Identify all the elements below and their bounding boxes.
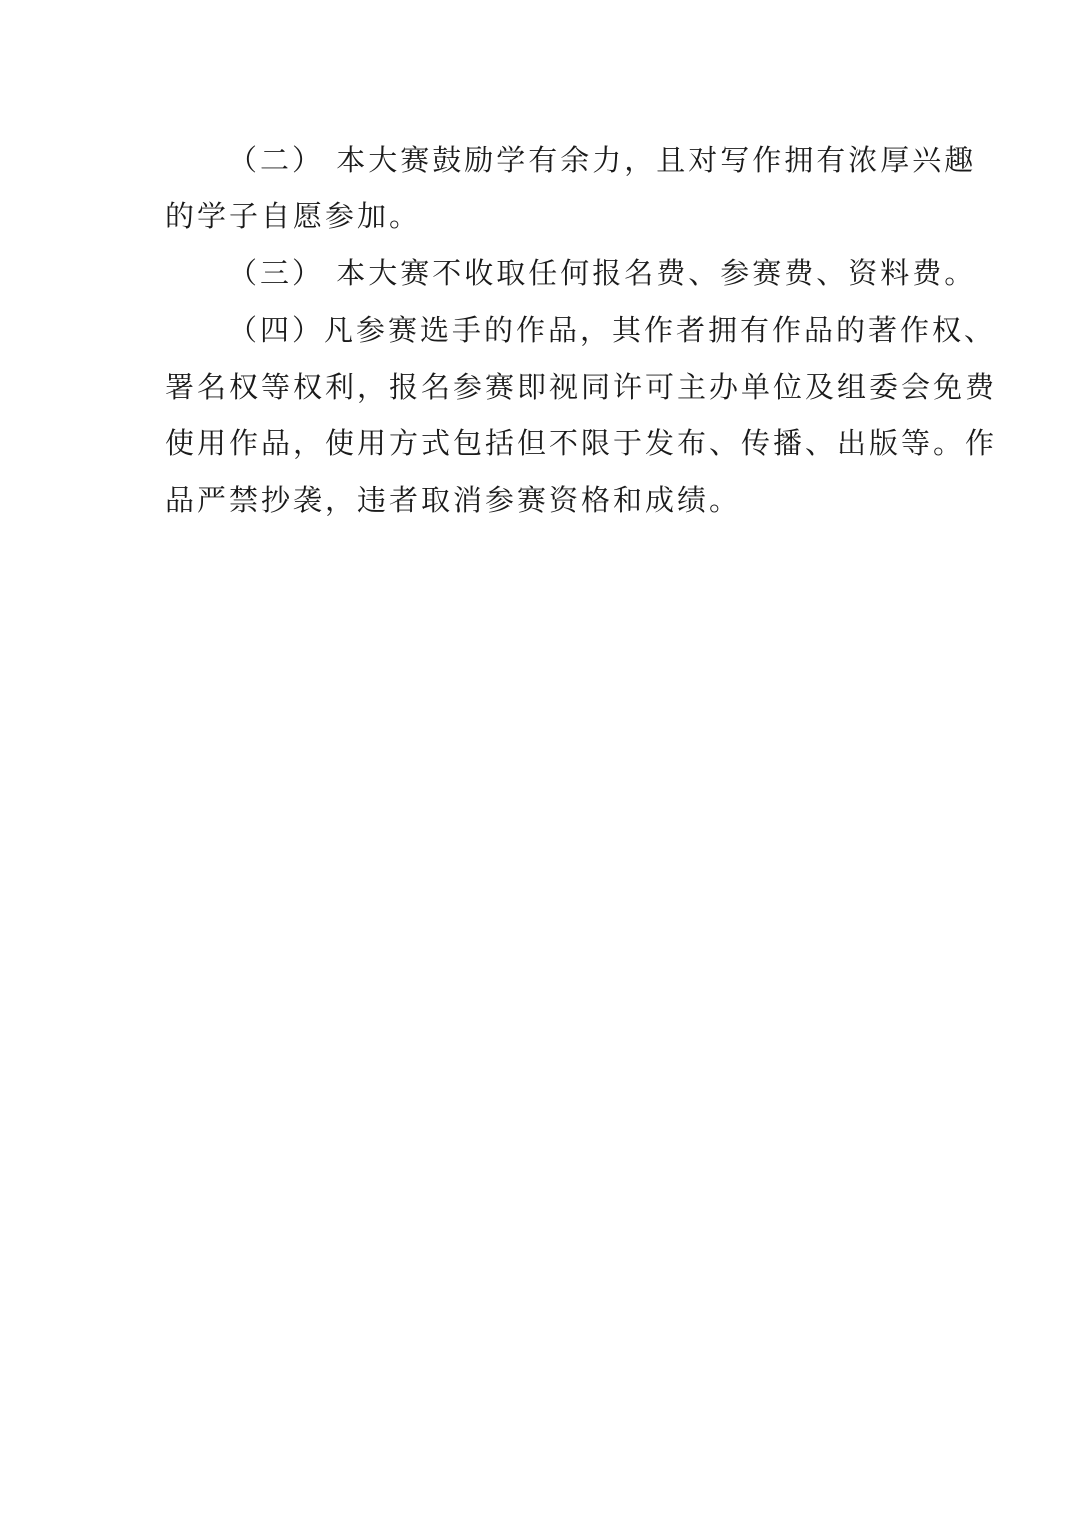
paragraph-4-line-2: 署名权等权利，报名参赛即视同许可主办单位及组委会免费 [165,369,920,405]
paragraph-4-line-1: （四）凡参赛选手的作品，其作者拥有作品的著作权、 [228,312,920,348]
paragraph-2-line-1: （二） 本大赛鼓励学有余力，且对写作拥有浓厚兴趣 [228,142,920,178]
paragraph-3-line-1: （三） 本大赛不收取任何报名费、参赛费、资料费。 [228,255,920,291]
document-page: （二） 本大赛鼓励学有余力，且对写作拥有浓厚兴趣 的学子自愿参加。 （三） 本大… [0,0,1080,1528]
paragraph-2-line-2: 的学子自愿参加。 [165,198,920,234]
paragraph-4-line-3: 使用作品，使用方式包括但不限于发布、传播、出版等。作 [165,425,920,461]
paragraph-4-line-4: 品严禁抄袭，违者取消参赛资格和成绩。 [165,482,920,518]
